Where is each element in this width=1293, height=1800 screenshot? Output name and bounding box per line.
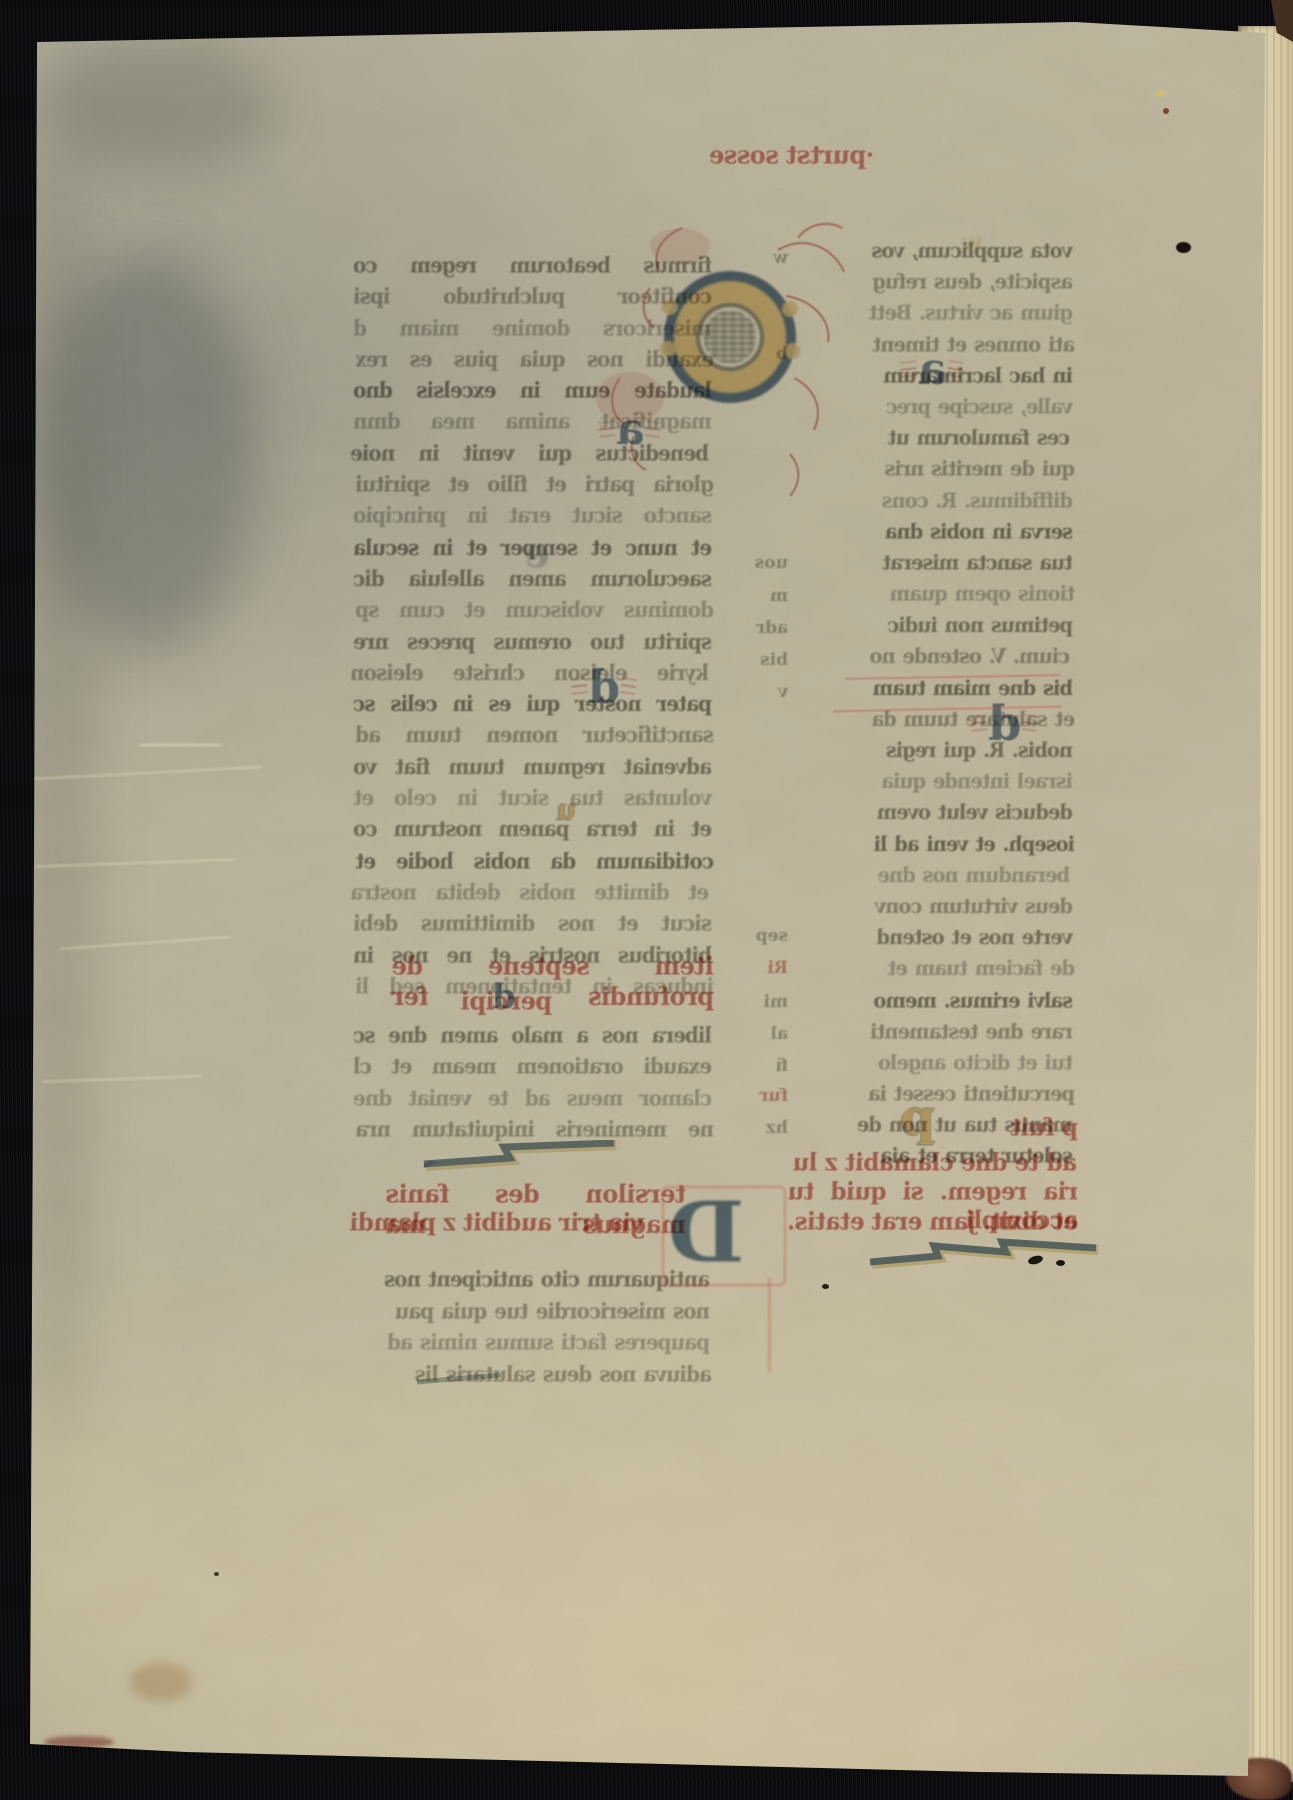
bleed-text-line: tui et dicito angelo [843, 1050, 1073, 1081]
pen-flourished-initial: p [900, 1092, 935, 1142]
left-column-bleed-text: antiquarum cito anticipent nosnos miseri… [354, 1266, 710, 1392]
bleed-text-line: antiquarum cito anticipent nos [354, 1266, 710, 1298]
pen-flourished-initial: w [962, 230, 983, 254]
decorated-initial-D: D [664, 1194, 782, 1280]
bleed-text-line: percutienti cesset ia [845, 1081, 1075, 1112]
red-flourish-tail [768, 1278, 771, 1373]
bleed-text-line: clamor meus ad te veniat dne [354, 1085, 712, 1116]
bleed-text-line: serva in nobis dna [843, 519, 1073, 550]
pen-flourished-initial: a [918, 348, 947, 392]
bleed-text-line: salvi erimus. memo [843, 988, 1073, 1019]
bleed-text-line: spiritu tuo oremus preces nre [354, 628, 712, 659]
bleed-text-line: pauperes facti sumus nimis ad [354, 1329, 710, 1361]
rubric-line: p fuit [1006, 1113, 1078, 1141]
line-filler-zigzag [420, 1140, 625, 1174]
bleed-text-line: cotidianum da nobis hodie et [356, 848, 714, 879]
rubric-line: percipi [412, 985, 552, 1015]
bleed-text-line: verte nos et ostend [843, 925, 1073, 956]
pen-flourished-initial: e [524, 534, 549, 574]
bleed-text-line: deducis velut ovem [843, 800, 1073, 831]
bleed-text-line: ioseph. et veni ad li [845, 831, 1075, 862]
margin-letter: Ri [742, 958, 788, 978]
bleed-text-line: et dimitte nobis debita nostra [351, 879, 709, 910]
rubric-line: et dixit. jam erat etatis. [840, 1207, 1078, 1235]
bleed-text-line: petimus non iudic [843, 613, 1073, 644]
ink-blot [1176, 242, 1191, 253]
bleed-text-line: exaudi orationem meam et cl [354, 1053, 712, 1084]
bleed-text-line: dominus vobiscum et cum sp [356, 597, 714, 628]
rubric-line: ad te dne clamabit z lu [793, 1148, 1077, 1176]
initial-D-glyph: D [668, 1190, 744, 1274]
bleed-text-line: voluntas tua sicut in celo et [354, 785, 712, 816]
margin-letter: fi [742, 1056, 788, 1076]
dark-stain-topleft [36, 40, 276, 170]
manuscript-photograph: ·purtst sosse firmus beatorum regem coco… [0, 0, 1293, 1800]
red-pen-flourish [560, 198, 880, 498]
margin-letter: m [742, 586, 788, 606]
crease-line [140, 744, 222, 746]
bleed-text-line: bis dne miam tuam [843, 675, 1073, 706]
ink-speck [822, 1284, 829, 1289]
bleed-text-line: adiuva nos deus salutaris lis [356, 1361, 712, 1393]
margin-letter: al [742, 1024, 788, 1044]
bleed-text-line: berandum nos dne [840, 863, 1070, 894]
bleed-text-line: nobis. R. qui regis [843, 738, 1073, 769]
bleed-text-line: cium. V. ostende no [840, 644, 1070, 675]
bleed-text-line: libera nos a malo amen dne sc [354, 1022, 712, 1053]
dark-dot [214, 1572, 219, 1576]
bleed-text-line: rare dne testamenti [843, 1019, 1073, 1050]
parchment-page: ·purtst sosse firmus beatorum regem coco… [0, 0, 1293, 1800]
margin-letter: hz [742, 1118, 788, 1138]
line-filler-zigzag-small [413, 1368, 508, 1388]
pen-flourished-initial: u [556, 796, 576, 824]
brown-smudge [130, 1662, 192, 1702]
bleed-text-line: pater noster qui es in celis sc [354, 691, 712, 722]
bleed-text-line: tionis opem quam [845, 582, 1075, 613]
margin-letter: v [742, 682, 788, 702]
bleed-text-line: tua sancta miserat [843, 550, 1073, 581]
margin-letter: bis [742, 650, 788, 670]
bleed-text-line: kyrie eleison christe eleison [351, 660, 709, 691]
left-column-bleed-text: libera nos a malo amen dne scexaudi orat… [354, 1022, 712, 1147]
running-title-bleed: ·purtst sosse [694, 139, 874, 169]
bleed-text-line: adveniat regnum tuum fiat vo [354, 754, 712, 785]
margin-letter: fur [742, 1086, 788, 1106]
pen-flourished-initial: d [492, 980, 516, 1014]
bleed-text-line: sicut et nos dimittimus debi [354, 910, 712, 941]
margin-letter: uos [742, 553, 788, 573]
ink-speck [1056, 1260, 1065, 1266]
rubric-line: via trir audibit z plamdi [398, 1208, 644, 1236]
margin-letter: mi [742, 992, 788, 1012]
bleed-text-line: israel intende quia [843, 769, 1073, 800]
pen-flourished-initial: d [588, 664, 620, 710]
brown-speck [1163, 108, 1169, 114]
bleed-text-line: sanctificetur nomen tuum ad [356, 722, 714, 753]
bleed-text-line: et in terra panem nostrum co [354, 816, 712, 847]
bleed-text-line: nos misericordie tue quia pau [354, 1298, 710, 1330]
margin-letter: adr [742, 618, 788, 638]
line-filler-zigzag-triple [866, 1238, 1108, 1272]
yellow-speck [1156, 90, 1165, 97]
bleed-text-line: deus virtutum conv [843, 894, 1073, 925]
margin-letter: sep [742, 926, 788, 946]
bleed-text-line: de faciem tuam et [845, 956, 1075, 987]
